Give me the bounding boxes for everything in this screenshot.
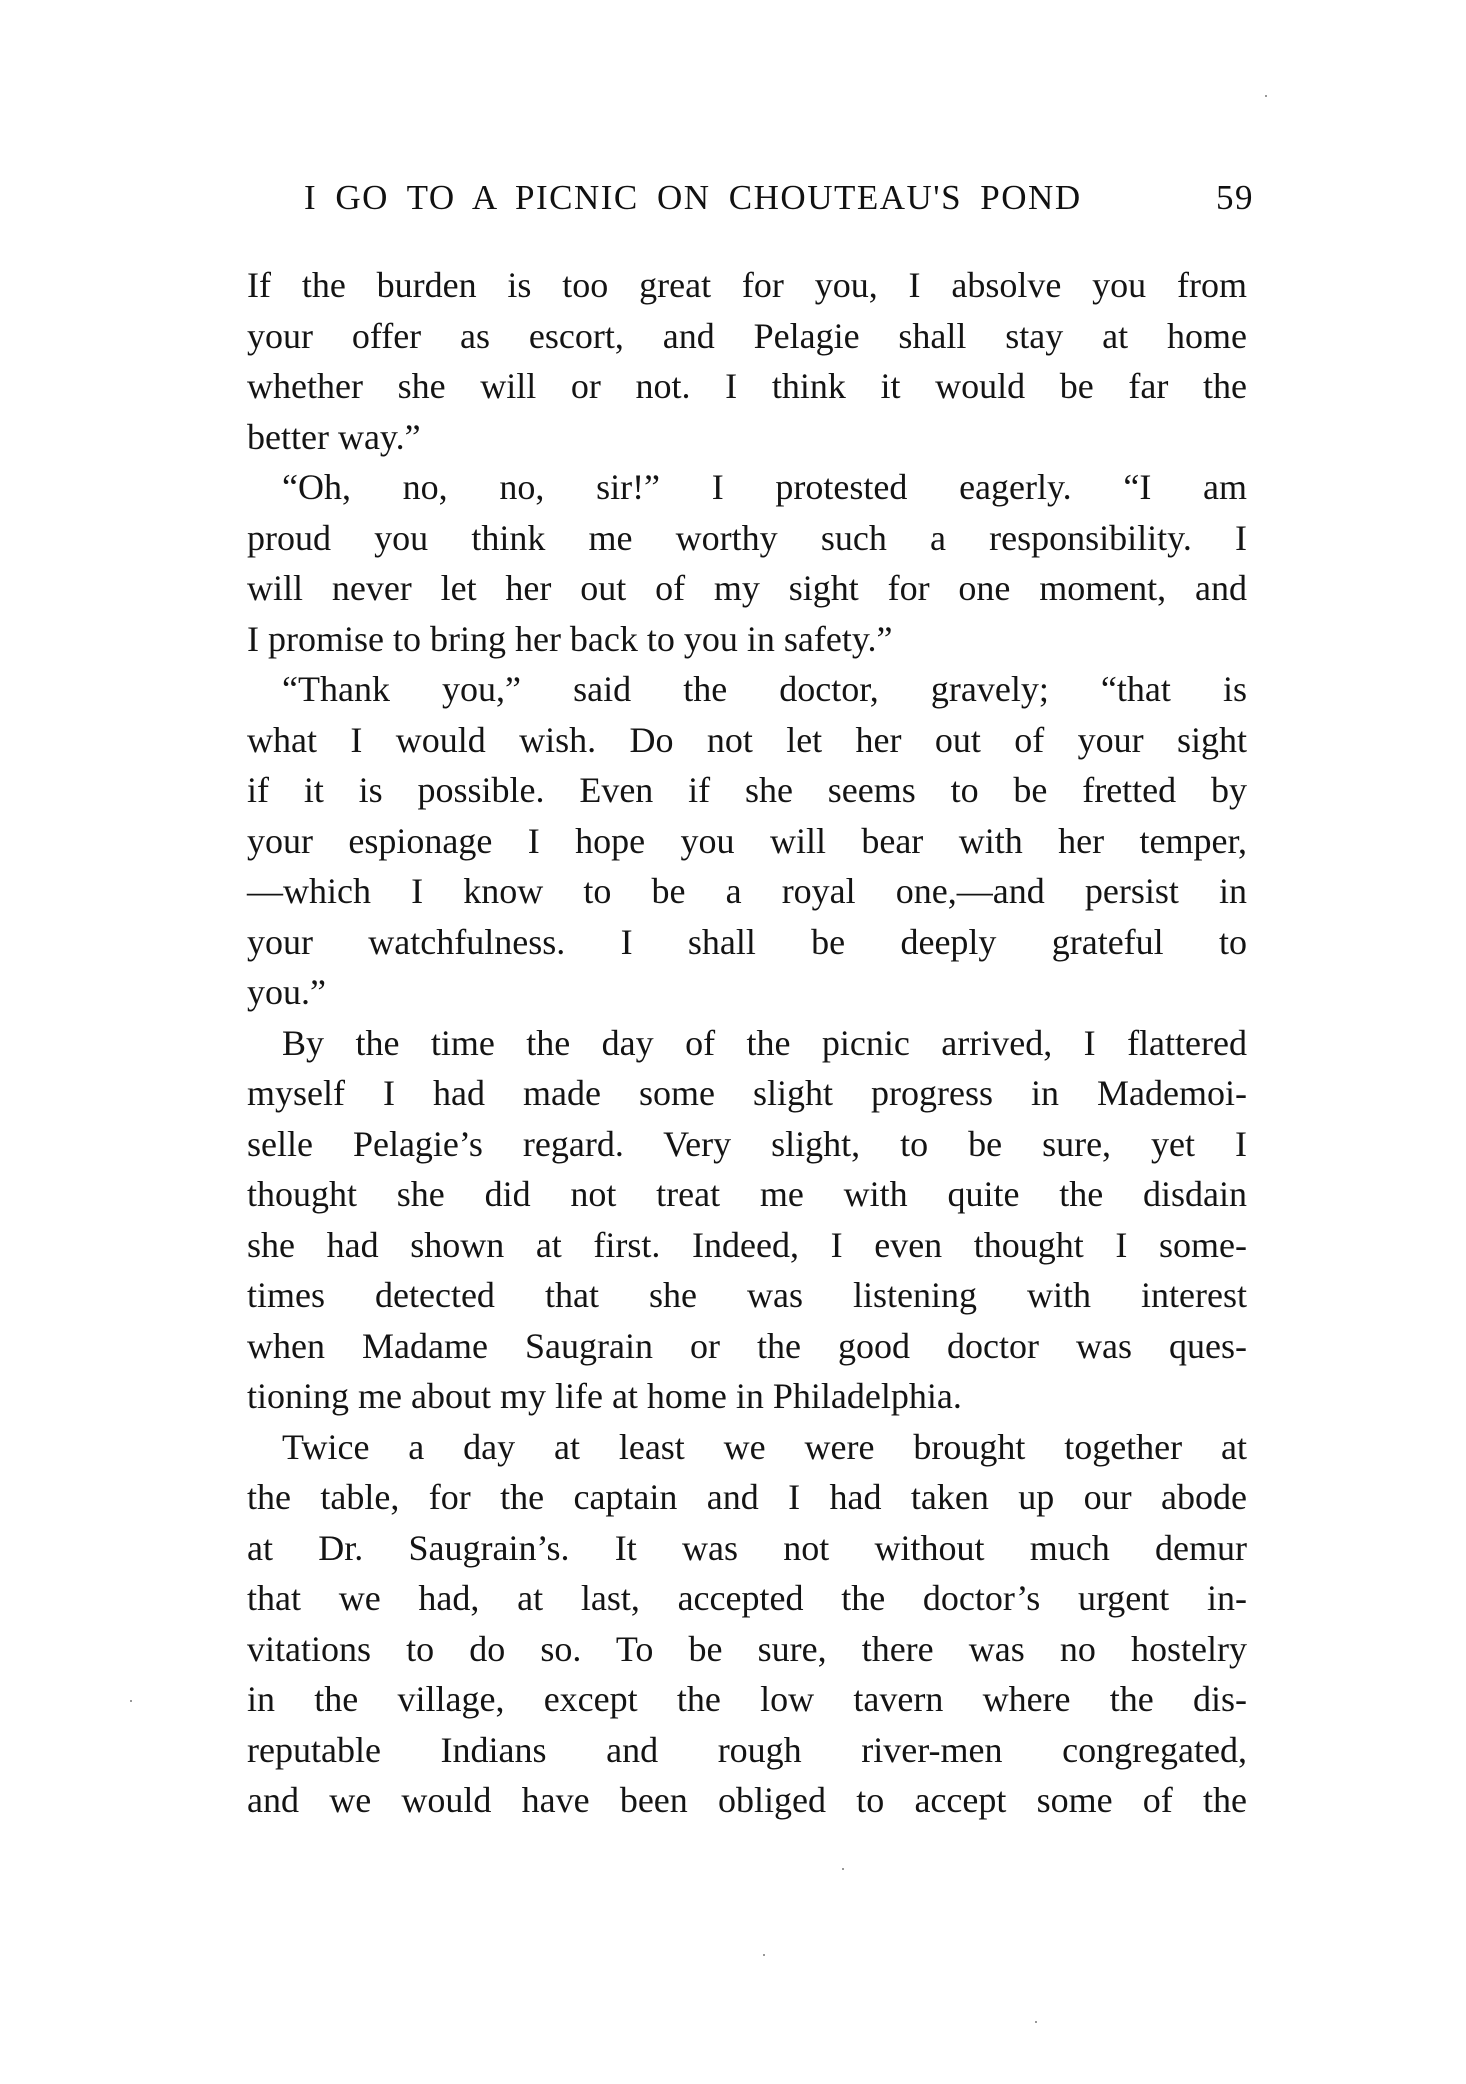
text-line: that we had, at last, accepted the docto… [247,1573,1247,1624]
paragraph: Twice a day at least we were brought tog… [247,1422,1247,1826]
text-line: your offer as escort, and Pelagie shall … [247,311,1247,362]
text-line: vitations to do so. To be sure, there wa… [247,1624,1247,1675]
text-line: if it is possible. Even if she seems to … [247,765,1247,816]
text-line: when Madame Saugrain or the good doctor … [247,1321,1247,1372]
text-line: you.” [247,967,1247,1018]
text-line: in the village, except the low tavern wh… [247,1674,1247,1725]
paragraph: “Oh, no, no, sir!” I protested eagerly. … [247,462,1247,664]
scan-speck [1035,2021,1037,2023]
text-line: selle Pelagie’s regard. Very slight, to … [247,1119,1247,1170]
scan-speck [130,1700,132,1702]
paragraph: By the time the day of the picnic arrive… [247,1018,1247,1422]
scan-speck [842,1868,844,1870]
text-line: Twice a day at least we were brought tog… [247,1422,1247,1473]
book-page: I GO TO A PICNIC ON CHOUTEAU'S POND 59 I… [0,0,1466,2084]
running-head: I GO TO A PICNIC ON CHOUTEAU'S POND 59 [304,178,1254,228]
text-line: thought she did not treat me with quite … [247,1169,1247,1220]
text-line: and we would have been obliged to accept… [247,1775,1247,1826]
text-line: If the burden is too great for you, I ab… [247,260,1247,311]
text-line: your espionage I hope you will bear with… [247,816,1247,867]
text-line: “Thank you,” said the doctor, gravely; “… [247,664,1247,715]
text-line: proud you think me worthy such a respons… [247,513,1247,564]
text-line: the table, for the captain and I had tak… [247,1472,1247,1523]
text-line: she had shown at first. Indeed, I even t… [247,1220,1247,1271]
text-line: “Oh, no, no, sir!” I protested eagerly. … [247,462,1247,513]
text-line: will never let her out of my sight for o… [247,563,1247,614]
text-line: what I would wish. Do not let her out of… [247,715,1247,766]
text-line: your watchfulness. I shall be deeply gra… [247,917,1247,968]
paragraph: If the burden is too great for you, I ab… [247,260,1247,462]
text-line: whether she will or not. I think it woul… [247,361,1247,412]
text-line: reputable Indians and rough river-men co… [247,1725,1247,1776]
page-number: 59 [1216,178,1254,218]
text-line: myself I had made some slight progress i… [247,1068,1247,1119]
scan-speck [1265,95,1267,97]
body-text: If the burden is too great for you, I ab… [247,260,1247,1826]
paragraph: “Thank you,” said the doctor, gravely; “… [247,664,1247,1018]
text-line: I promise to bring her back to you in sa… [247,614,1247,665]
scan-speck [763,1954,765,1956]
text-line: better way.” [247,412,1247,463]
text-line: By the time the day of the picnic arrive… [247,1018,1247,1069]
text-line: times detected that she was listening wi… [247,1270,1247,1321]
chapter-title: I GO TO A PICNIC ON CHOUTEAU'S POND [304,178,1082,218]
text-line: —which I know to be a royal one,—and per… [247,866,1247,917]
text-line: tioning me about my life at home in Phil… [247,1371,1247,1422]
text-line: at Dr. Saugrain’s. It was not without mu… [247,1523,1247,1574]
